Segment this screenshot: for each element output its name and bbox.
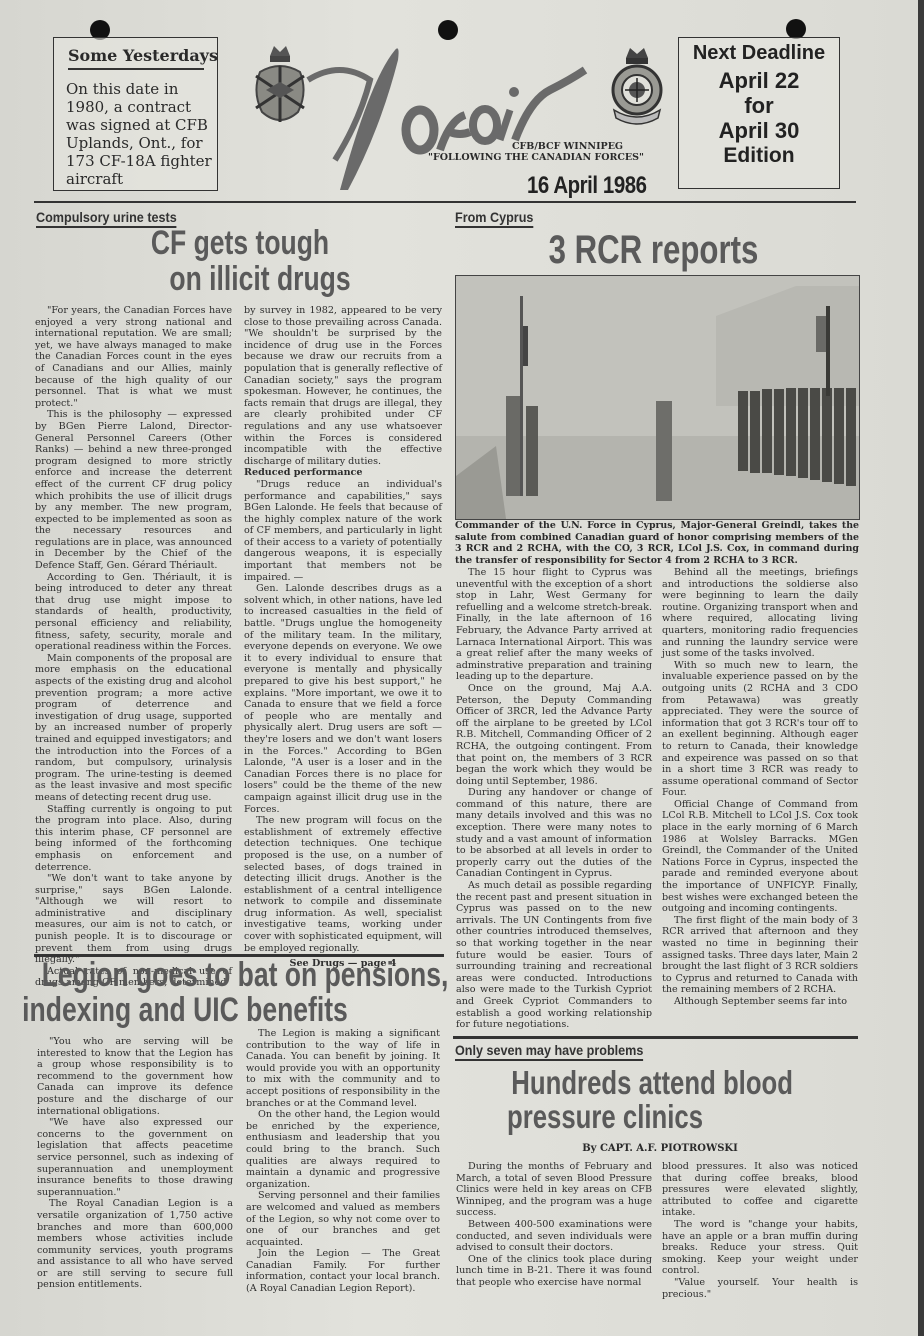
legion-column-2: The Legion is making a significant contr… [246,1028,440,1295]
paragraph: With so much new to learn, the invaluabl… [662,660,858,799]
page-edge [918,0,924,1336]
paragraph: During the months of February and March,… [456,1161,652,1219]
issue-date: 16 April 1986 [527,172,647,200]
guard-of-honor-photo [455,275,860,520]
paragraph: Once on the ground, Maj A.A. Peterson, t… [456,683,652,787]
paragraph: "Drugs reduce an individual's performanc… [244,479,442,583]
masthead-base: CFB/BCF WINNIPEG [512,141,623,152]
paragraph: by survey in 1982, appeared to be very c… [244,305,442,467]
masthead-motto: "FOLLOWING THE CANADIAN FORCES" [428,152,644,163]
cyprus-kicker: From Cyprus [455,209,533,228]
paragraph: Behind all the meetings, briefings and i… [662,567,858,660]
paragraph: Staffing currently is ongoing to put the… [35,804,232,874]
paragraph: One of the clinics took place during lun… [456,1254,652,1289]
some-yesterdays-box: Some Yesterdays On this date in 1980, a … [53,37,218,191]
cyprus-column-1: The 15 hour flight to Cyprus was unevent… [456,567,652,1031]
paragraph: The Legion is making a significant contr… [246,1028,440,1109]
deadline-date: April 22 [679,68,839,93]
blood-byline: By CAPT. A.F. PIOTROWSKI [560,1143,760,1154]
paragraph: Between 400-500 examinations were conduc… [456,1219,652,1254]
paragraph: During any handover or change of command… [456,787,652,880]
photo-caption: Commander of the U.N. Force in Cyprus, M… [455,520,859,566]
section-rule [453,1036,858,1039]
deadline-edition: Edition [679,143,839,168]
paragraph: Main components of the proposal are more… [35,653,232,804]
cyprus-headline: 3 RCR reports [549,230,752,270]
some-yesterdays-title: Some Yesterdays [68,46,204,70]
legion-headline-line2: indexing and UIC benefits [17,993,352,1027]
paragraph: "We don't want to take anyone by surpris… [35,873,232,966]
paragraph: The new program will focus on the establ… [244,815,442,954]
paragraph: On the other hand, the Legion would be e… [246,1109,440,1190]
paragraph: The first flight of the main body of 3 R… [662,915,858,996]
punch-hole-icon [438,20,458,40]
paragraph: Serving personnel and their families are… [246,1190,440,1248]
drugs-column-2: by survey in 1982, appeared to be very c… [244,305,442,970]
paragraph: "For years, the Canadian Forces have enj… [35,305,232,409]
legion-column-1: "You who are serving will be interested … [37,1036,233,1291]
blood-headline-line1: Hundreds attend blood [511,1066,768,1100]
deadline-title: Next Deadline [679,42,839,65]
deadline-edition-date: April 30 [679,118,839,143]
masthead-rule [34,201,856,203]
blood-kicker: Only seven may have problems [455,1042,643,1061]
paragraph: This is the philosophy — expressed by BG… [35,409,232,571]
paragraph: The 15 hour flight to Cyprus was unevent… [456,567,652,683]
parade-photo-image [456,276,859,519]
drugs-headline-line1: CF gets tough [123,226,357,260]
some-yesterdays-body: On this date in 1980, a contract was sig… [66,80,216,188]
deadline-for: for [679,93,839,118]
drugs-headline-line2: on illicit drugs [127,262,392,296]
paragraph: "We have also expressed our concerns to … [37,1117,233,1198]
legion-headline-line1: Legion goes to bat on pensions, [42,958,409,992]
paragraph: Join the Legion — The Great Canadian Fam… [246,1248,440,1294]
paragraph: The Royal Canadian Legion is a versatile… [37,1198,233,1291]
paragraph: The word is "change your habits, have an… [662,1219,858,1277]
cyprus-column-2: Behind all the meetings, briefings and i… [662,567,858,1008]
blood-column-1: During the months of February and March,… [456,1161,652,1289]
punch-hole-icon [786,19,806,39]
paragraph: As much detail as possible regarding the… [456,880,652,1031]
blood-headline-line2: pressure clinics [500,1100,711,1134]
drugs-column-1: "For years, the Canadian Forces have enj… [35,305,232,989]
blood-column-2: blood pressures. It also was noticed tha… [662,1161,858,1300]
paragraph: Official Change of Command from LCol R.B… [662,799,858,915]
drugs-subhead: Reduced performance [244,467,442,479]
paragraph: Although September seems far into [662,996,858,1008]
paragraph: "You who are serving will be interested … [37,1036,233,1117]
paragraph: Gen. Lalonde describes drugs as a solven… [244,583,442,815]
paragraph: blood pressures. It also was noticed tha… [662,1161,858,1219]
cfb-winnipeg-crest-icon [606,44,668,128]
paragraph: "Value yourself. Your health is precious… [662,1277,858,1300]
next-deadline-box: Next Deadline April 22 for April 30 Edit… [678,37,840,189]
newspaper-page: Some Yesterdays On this date in 1980, a … [0,0,924,1336]
paragraph: According to Gen. Thériault, it is being… [35,572,232,653]
